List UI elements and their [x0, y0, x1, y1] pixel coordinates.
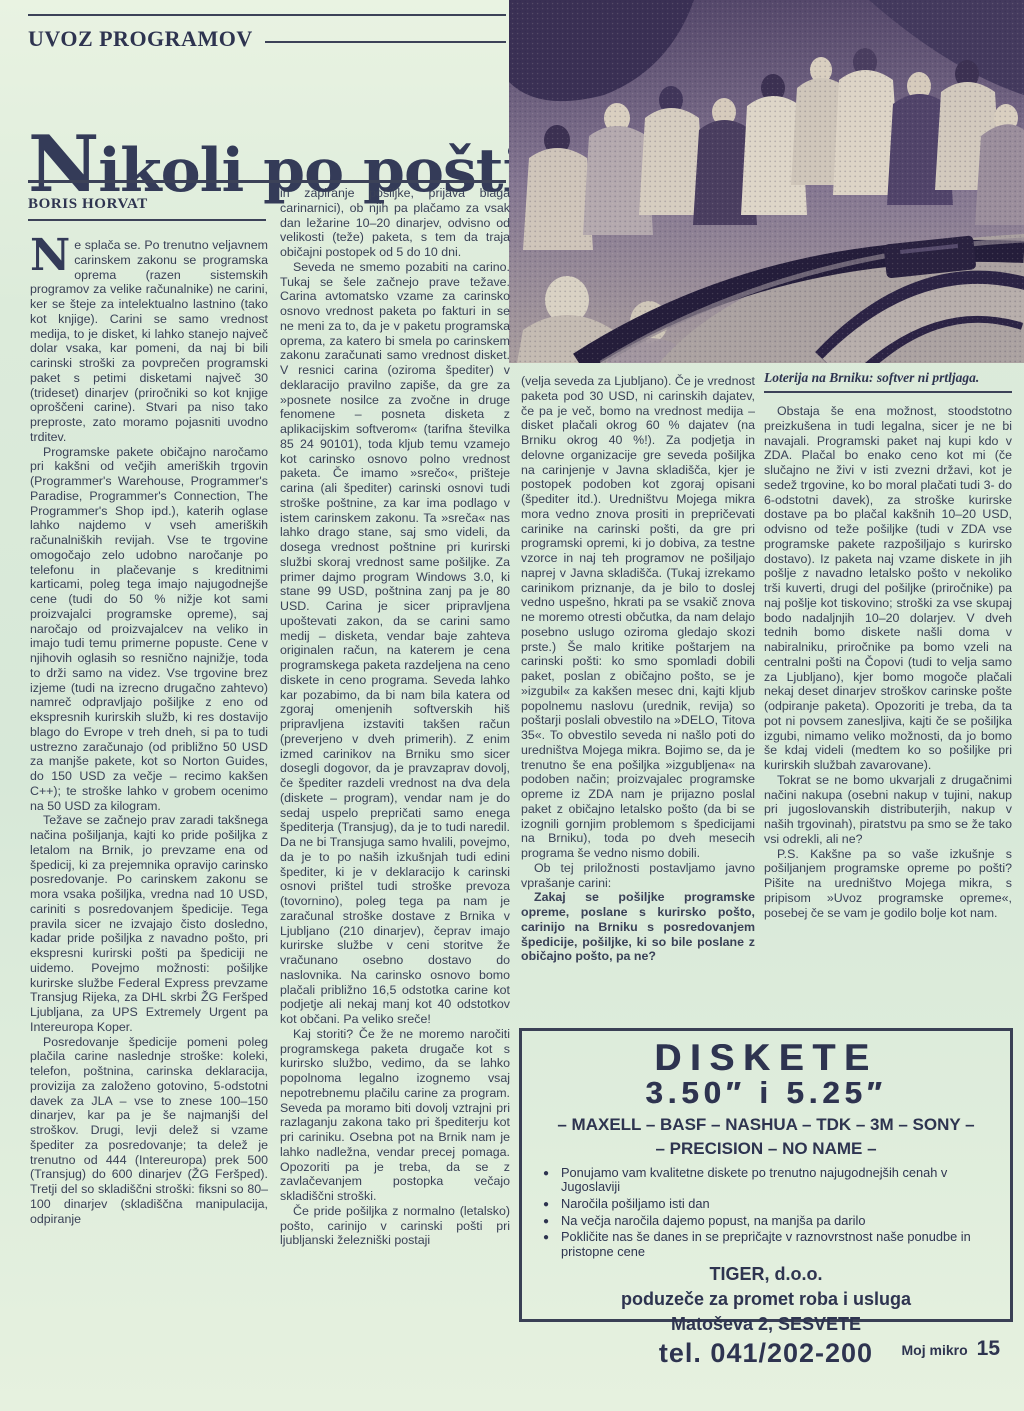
ad-bullet-item: Na večja naročila dajemo popust, na manj… [540, 1214, 996, 1229]
airport-crowd-photo-illustration [509, 0, 1024, 363]
article-paragraph: Seveda ne smemo pozabiti na carino. Tuka… [280, 260, 510, 1027]
ad-bullet-item: Ponujamo vam kvalitetne diskete po trenu… [540, 1166, 996, 1195]
article-paragraph: Težave se začnejo prav zaradi takšnega n… [30, 813, 268, 1034]
author-byline: BORIS HORVAT [28, 196, 266, 221]
article-paragraph: Kaj storiti? Če že ne moremo naročiti pr… [280, 1027, 510, 1204]
ad-company-desc: poduzeče za promet roba i usluga [536, 1289, 996, 1309]
ad-brands-line-1: – MAXELL – BASF – NASHUA – TDK – 3M – SO… [536, 1115, 996, 1135]
section-kicker: UVOZ PROGRAMOV [28, 26, 253, 52]
dropcap-letter: N [30, 238, 74, 272]
article-paragraph: Ne splača se. Po trenutno veljavnem cari… [30, 238, 268, 445]
diskette-advertisement: DISKETE 3.50″ i 5.25″ – MAXELL – BASF – … [519, 1028, 1013, 1322]
article-paragraph: P.S. Kakšne pa so vaše izkušnje s pošilj… [764, 847, 1012, 921]
magazine-name: Moj mikro [902, 1342, 968, 1358]
article-paragraph: Obstaja še ena možnost, stoodstotno prei… [764, 404, 1012, 773]
ad-brands-line-2: – PRECISION – NO NAME – [536, 1139, 996, 1159]
ad-bullet-list: Ponujamo vam kvalitetne diskete po trenu… [540, 1166, 996, 1260]
article-paragraph: Tokrat se ne bomo ukvarjali z drugačnimi… [764, 773, 1012, 847]
article-column-4: Obstaja še ena možnost, stoodstotno prei… [764, 404, 1012, 920]
article-column-1: Ne splača se. Po trenutno veljavnem cari… [30, 238, 268, 1226]
article-column-2: in zapiranje pošiljke, prijava blaga car… [280, 186, 510, 1248]
page-number: 15 [977, 1337, 1000, 1360]
ad-company-address: Matoševa 2, SESVETE [536, 1314, 996, 1334]
article-paragraph: (velja seveda za Ljubljano). Če je vredn… [521, 374, 755, 861]
kicker-rule [265, 41, 506, 43]
article-paragraph: Če pride pošiljka z normalno (letalsko) … [280, 1204, 510, 1248]
ad-bullet-item: Naročila pošiljamo isti dan [540, 1197, 996, 1212]
article-question-bold: Zakaj se pošiljke programske opreme, pos… [521, 890, 755, 964]
article-photo [509, 0, 1024, 363]
page-footer: Moj mikro15 [902, 1337, 1000, 1361]
ad-sizes: 3.50″ i 5.25″ [536, 1076, 996, 1111]
magazine-page: UVOZ PROGRAMOV Nikoli po pošti BORIS HOR… [0, 0, 1024, 1411]
article-paragraph: Ob tej priložnosti postavljamo javno vpr… [521, 861, 755, 891]
ad-company-name: TIGER, d.o.o. [536, 1264, 996, 1284]
photo-caption: Loterija na Brniku: softver ni prtljaga. [764, 370, 1012, 393]
kicker-row: UVOZ PROGRAMOV [28, 26, 506, 52]
article-paragraph: in zapiranje pošiljke, prijava blaga car… [280, 186, 510, 260]
article-column-3: (velja seveda za Ljubljano). Če je vredn… [521, 374, 755, 964]
article-paragraph: Posredovanje špedicije pomeni poleg plač… [30, 1035, 268, 1227]
top-rule [28, 14, 506, 16]
title-rule [28, 180, 506, 183]
article-paragraph: Programske pakete običajno naročamo pri … [30, 445, 268, 814]
ad-title: DISKETE [536, 1039, 996, 1076]
ad-bullet-item: Pokličite nas še danes in se prepričajte… [540, 1230, 996, 1259]
